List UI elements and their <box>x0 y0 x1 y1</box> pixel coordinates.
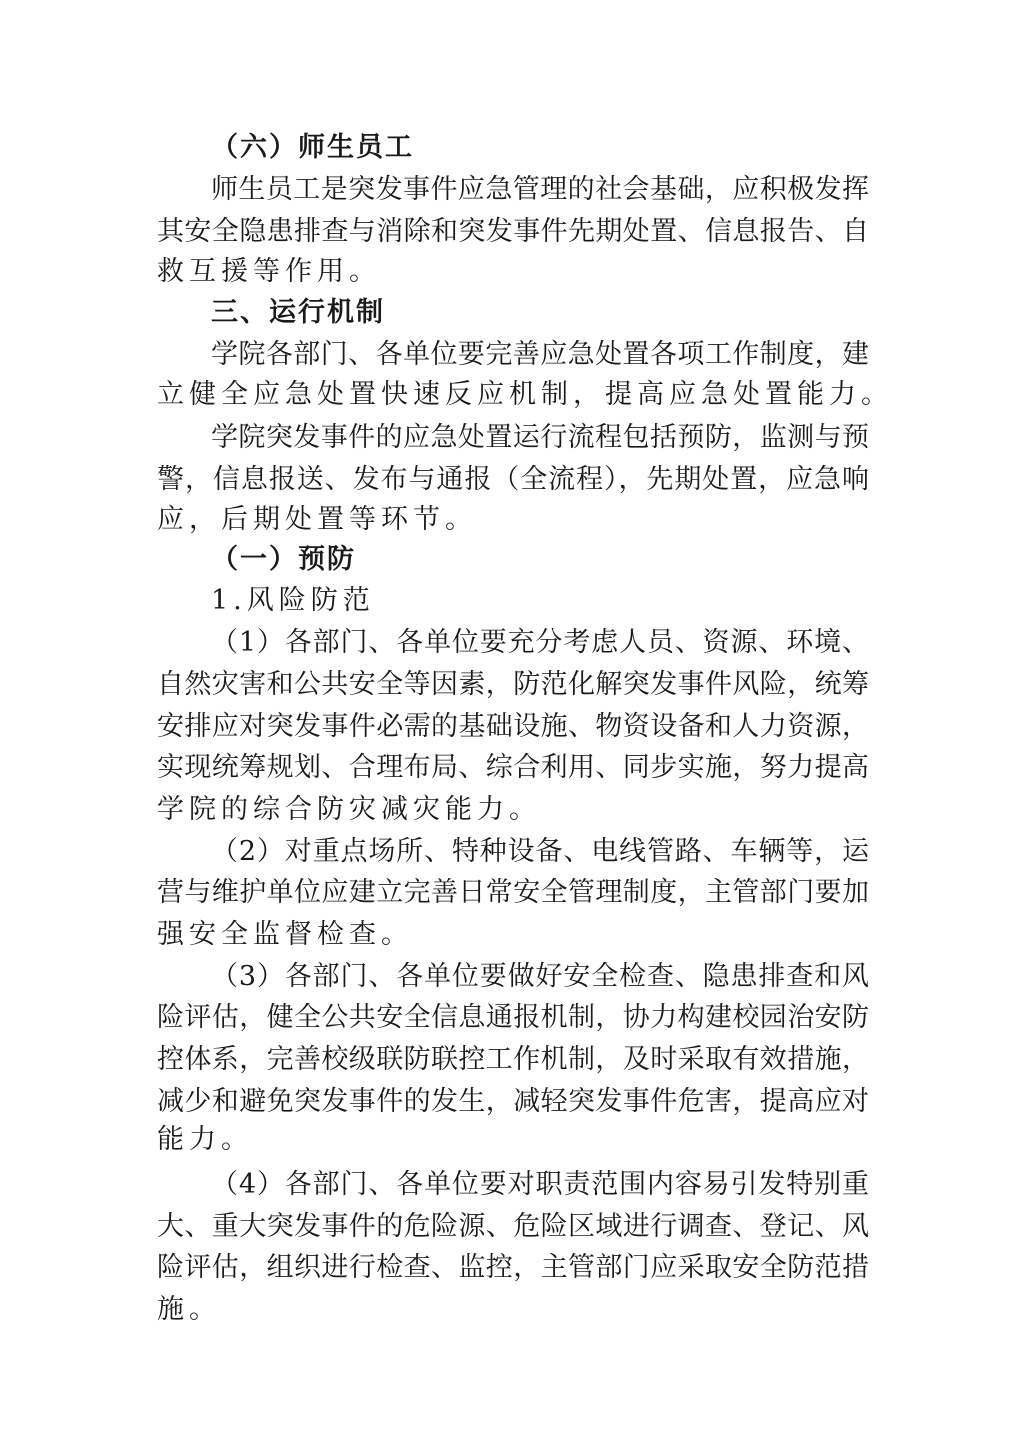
paragraph-line: （4）各部门、各单位要对职责范围内容易引发特别重 <box>211 1165 869 1205</box>
paragraph-line: 险评估，健全公共安全信息通报机制，协力构建校园治安防 <box>157 998 869 1038</box>
paragraph-line: （1）各部门、各单位要充分考虑人员、资源、环境、 <box>211 623 869 663</box>
paragraph-line: 警，信息报送、发布与通报（全流程），先期处置，应急响 <box>157 460 869 500</box>
paragraph-line: （3）各部门、各单位要做好安全检查、隐患排查和风 <box>211 957 869 997</box>
paragraph-line: 应，后期处置等环节。 <box>157 500 869 540</box>
paragraph-line: 控体系，完善校级联防联控工作机制，及时采取有效措施， <box>157 1040 869 1080</box>
paragraph-line: 营与维护单位应建立完善日常安全管理制度，主管部门要加 <box>157 873 869 913</box>
paragraph-line: 自然灾害和公共安全等因素，防范化解突发事件风险，统筹 <box>157 665 869 705</box>
paragraph-line: 能力。 <box>157 1120 869 1160</box>
paragraph-line: 险评估，组织进行检查、监控，主管部门应采取安全防范措 <box>157 1248 869 1288</box>
paragraph-line: 1.风险防范 <box>211 581 869 621</box>
paragraph-line: 学院突发事件的应急处置运行流程包括预防，监测与预 <box>211 418 869 458</box>
paragraph-line: （2）对重点场所、特种设备、电线管路、车辆等，运 <box>211 832 869 872</box>
section-heading: 三、运行机制 <box>211 293 869 333</box>
section-heading: （一）预防 <box>211 540 869 580</box>
paragraph-line: 施。 <box>157 1290 869 1330</box>
paragraph-line: 减少和避免突发事件的发生，减轻突发事件危害，提高应对 <box>157 1082 869 1122</box>
section-heading: （六）师生员工 <box>211 128 869 168</box>
paragraph-line: 实现统筹规划、合理布局、综合利用、同步实施，努力提高 <box>157 748 869 788</box>
paragraph-line: 学院各部门、各单位要完善应急处置各项工作制度，建 <box>211 335 869 375</box>
paragraph-line: 其安全隐患排查与消除和突发事件先期处置、信息报告、自 <box>157 212 869 252</box>
paragraph-line: 学院的综合防灾减灾能力。 <box>157 790 869 830</box>
paragraph-line: 大、重大突发事件的危险源、危险区域进行调查、登记、风 <box>157 1207 869 1247</box>
paragraph-line: 强安全监督检查。 <box>157 915 869 955</box>
paragraph-line: 安排应对突发事件必需的基础设施、物资设备和人力资源， <box>157 707 869 747</box>
paragraph-line: 救互援等作用。 <box>157 252 869 292</box>
document-page: （六）师生员工师生员工是突发事件应急管理的社会基础，应积极发挥其安全隐患排查与消… <box>0 0 1024 1448</box>
paragraph-line: 师生员工是突发事件应急管理的社会基础，应积极发挥 <box>211 170 869 210</box>
paragraph-line: 立健全应急处置快速反应机制，提高应急处置能力。 <box>157 375 869 415</box>
